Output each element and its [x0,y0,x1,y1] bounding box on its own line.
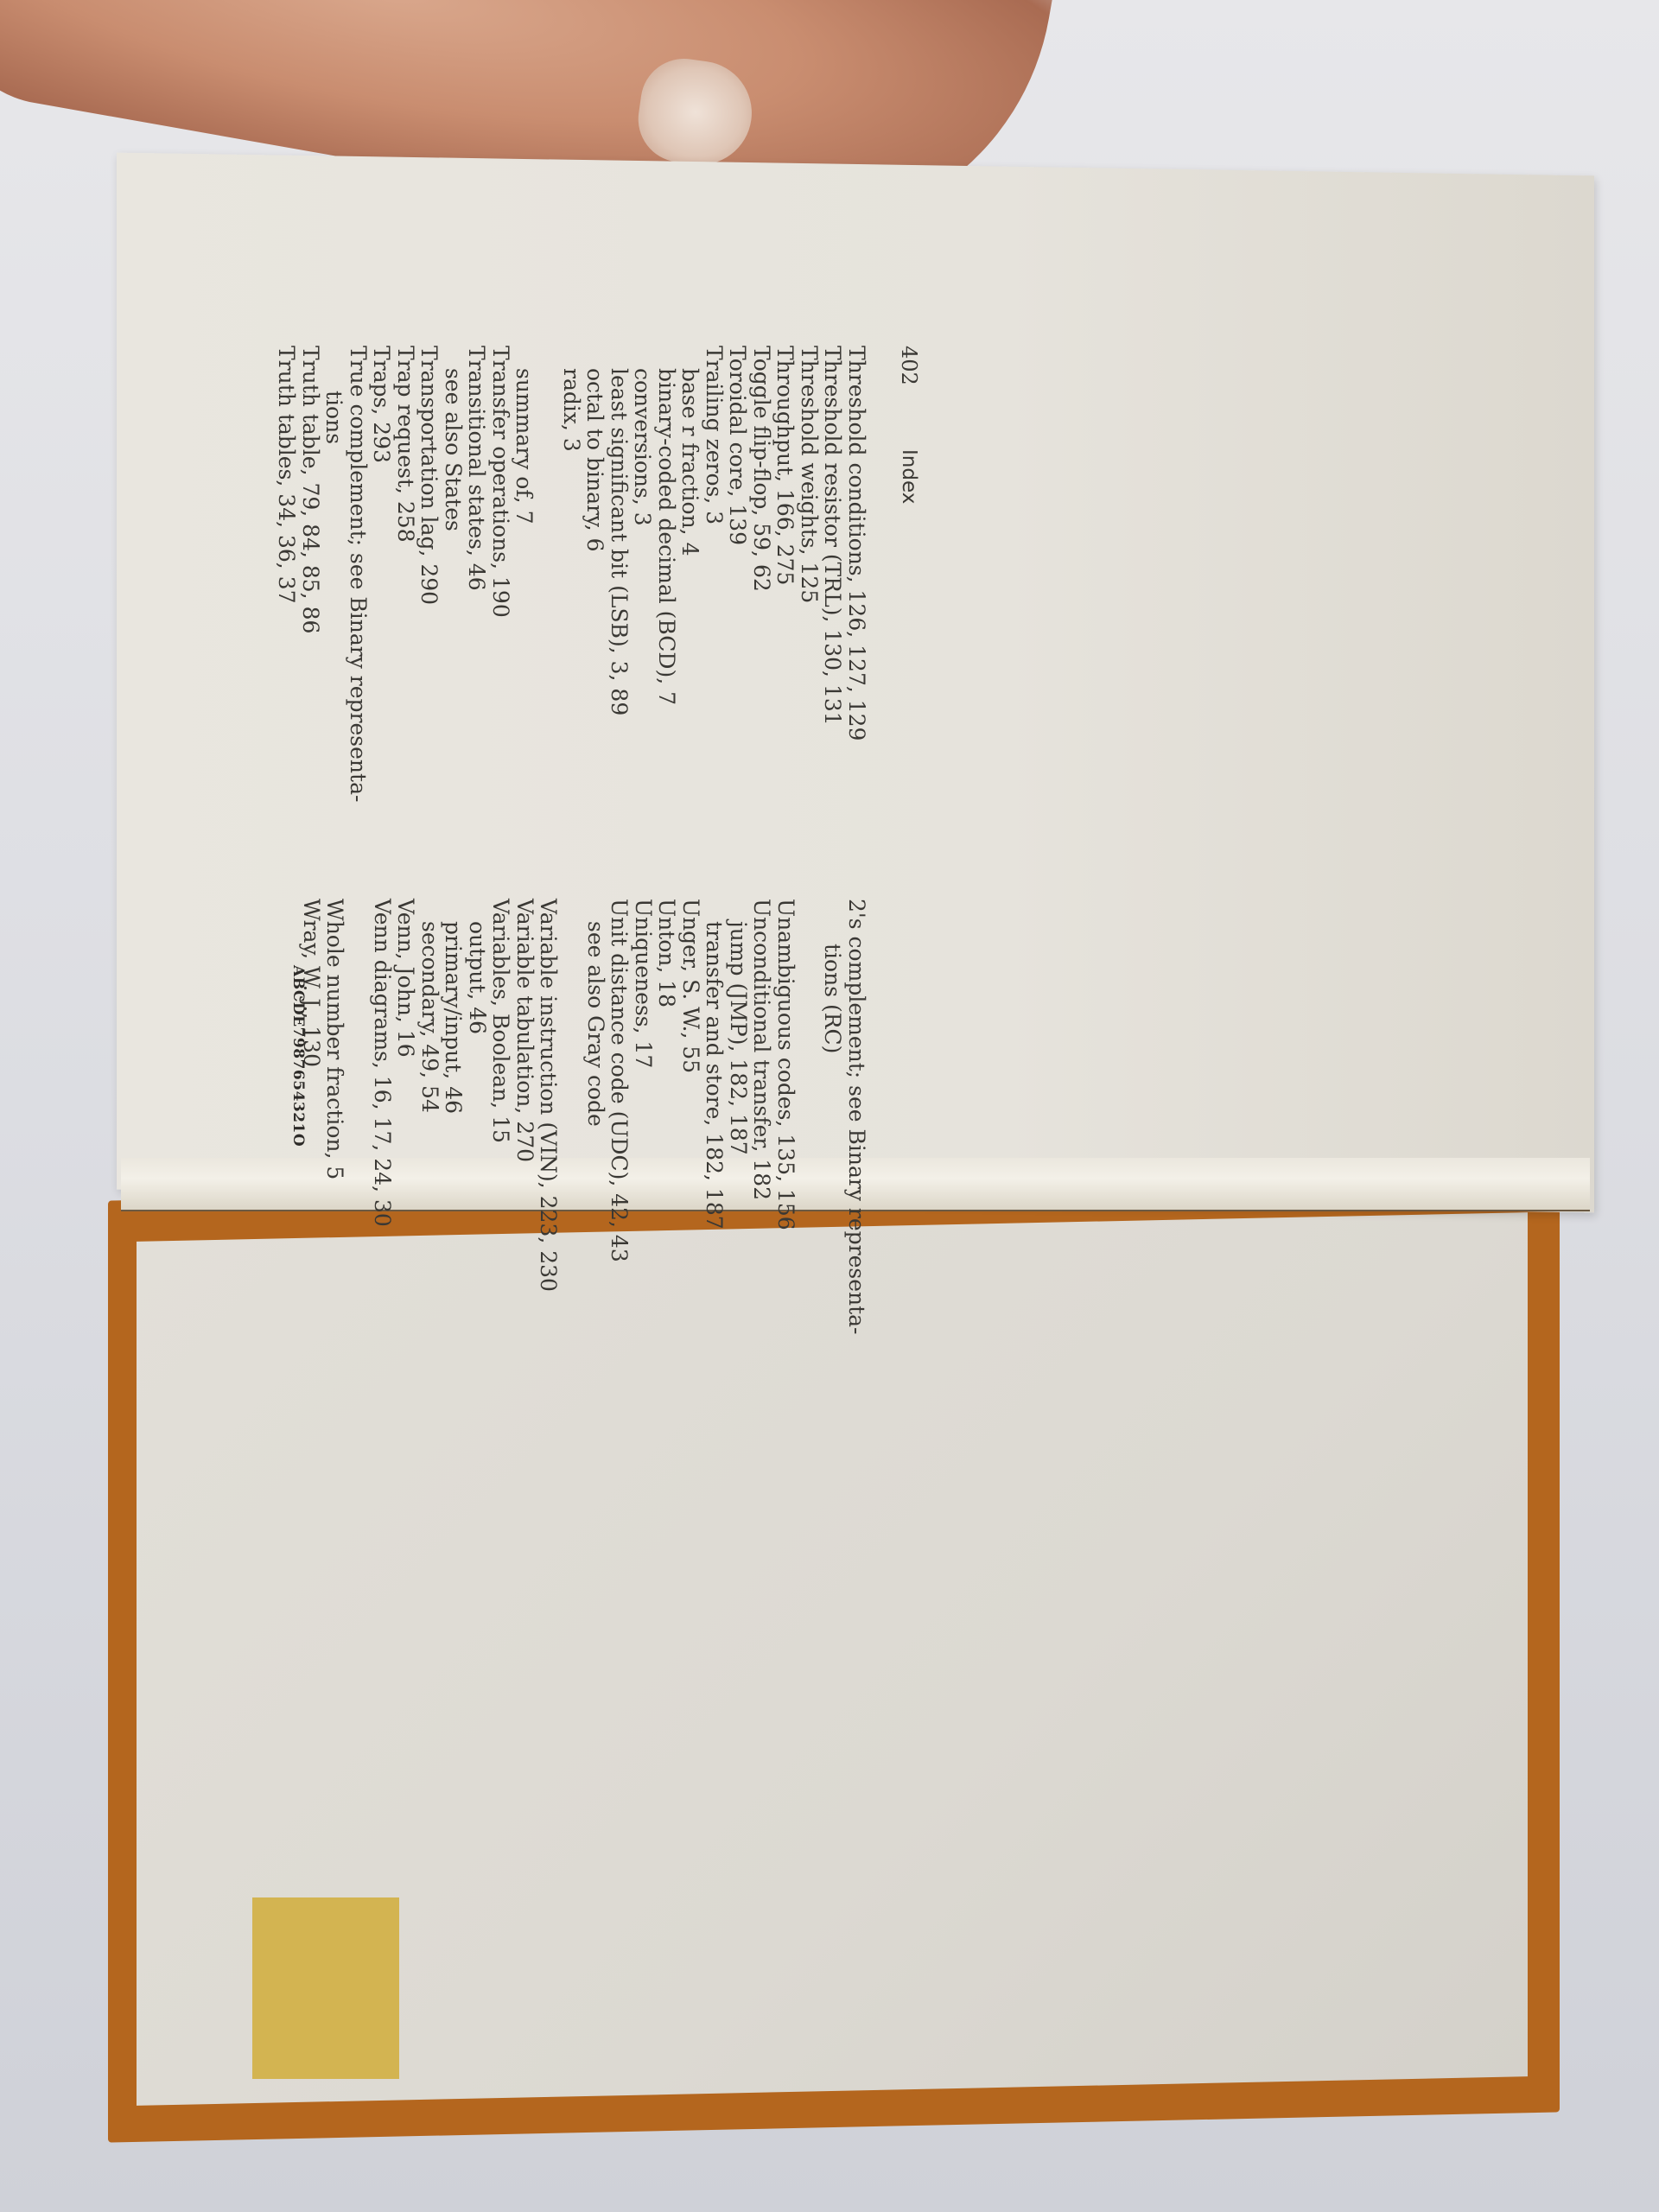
index-entry: least significant bit (LSB), 3, 89 [607,346,632,864]
index-entry: secondary, 49, 54 [418,899,442,1348]
index-entry: see also Gray code [584,899,608,1348]
index-entry: primary/input, 46 [442,899,466,1348]
index-entry: transfer and store, 182, 187 [702,899,727,1348]
index-entry: Trap request, 258 [394,346,418,864]
index-entry: Unit distance code (UDC), 42, 43 [607,899,632,1348]
index-entry: Venn, John, 16 [394,899,418,1348]
entry-gap [537,346,560,864]
index-entry: tions (RC) [821,899,845,1348]
index-entry: Threshold conditions, 126, 127, 129 [845,346,869,864]
index-entry: summary of, 7 [512,346,537,864]
index-entry: Transfer operations, 190 [489,346,513,864]
index-entry: Truth table, 79, 84, 85, 86 [299,346,323,864]
index-page-text: 402 Index Threshold conditions, 126, 127… [238,346,860,1210]
page-number: 402 [897,346,921,385]
index-entry: base r fraction, 4 [678,346,702,864]
index-entry: Trailing zeros, 3 [702,346,727,864]
index-entry: Threshold weights, 125 [798,346,822,864]
index-entry: Venn diagrams, 16, 17, 24, 30 [371,899,395,1348]
index-entry: see also States [442,346,466,864]
index-entry: Toroidal core, 139 [726,346,750,864]
printer-key: ABCDE7987654321O [289,965,307,1147]
entry-gap [561,899,584,1348]
running-head-title: Index [897,449,921,504]
entry-gap [798,899,821,1348]
index-entry: Traps, 293 [370,346,394,864]
index-entry: Transportation lag, 290 [417,346,442,864]
index-entry: 2's complement; see Binary representa- [845,899,869,1348]
index-entry: Variable tabulation, 270 [513,899,537,1348]
index-entry: Unton, 18 [655,899,679,1348]
index-entry: output, 46 [466,899,490,1348]
index-entry: True complement; see Binary representa- [346,346,371,864]
index-entry: Transitional states, 46 [465,346,489,864]
index-entry: Threshold resistor (TRL), 130, 131 [821,346,845,864]
index-entry: Unambiguous codes, 135, 156 [774,899,798,1348]
index-entry: Truth tables, 34, 36, 37 [275,346,299,864]
entry-gap [347,899,371,1348]
index-entry: Toggle flip-flop, 59, 62 [750,346,774,864]
index-column-left: Threshold conditions, 126, 127, 129Thres… [275,346,868,864]
index-entry: Variable instruction (VIN), 223, 230 [537,899,561,1348]
index-entry: conversions, 3 [631,346,655,864]
index-column-right: 2's complement; see Binary representa-ti… [300,899,869,1348]
index-entry: Variables, Boolean, 15 [489,899,513,1348]
index-entry: tions [322,346,346,864]
index-entry: octal to binary, 6 [583,346,607,864]
index-entry: Throughput, 166, 275 [773,346,798,864]
index-entry: Unger, S. W., 55 [679,899,703,1348]
index-entry: radix, 3 [560,346,584,864]
index-entry: binary-coded decimal (BCD), 7 [655,346,679,864]
index-entry: jump (JMP), 182, 187 [727,899,751,1348]
index-entry: Uniqueness, 17 [632,899,656,1348]
library-label [252,1897,399,2079]
index-entry: Unconditional transfer, 182 [750,899,774,1348]
index-entry: Whole number fraction, 5 [323,899,347,1348]
